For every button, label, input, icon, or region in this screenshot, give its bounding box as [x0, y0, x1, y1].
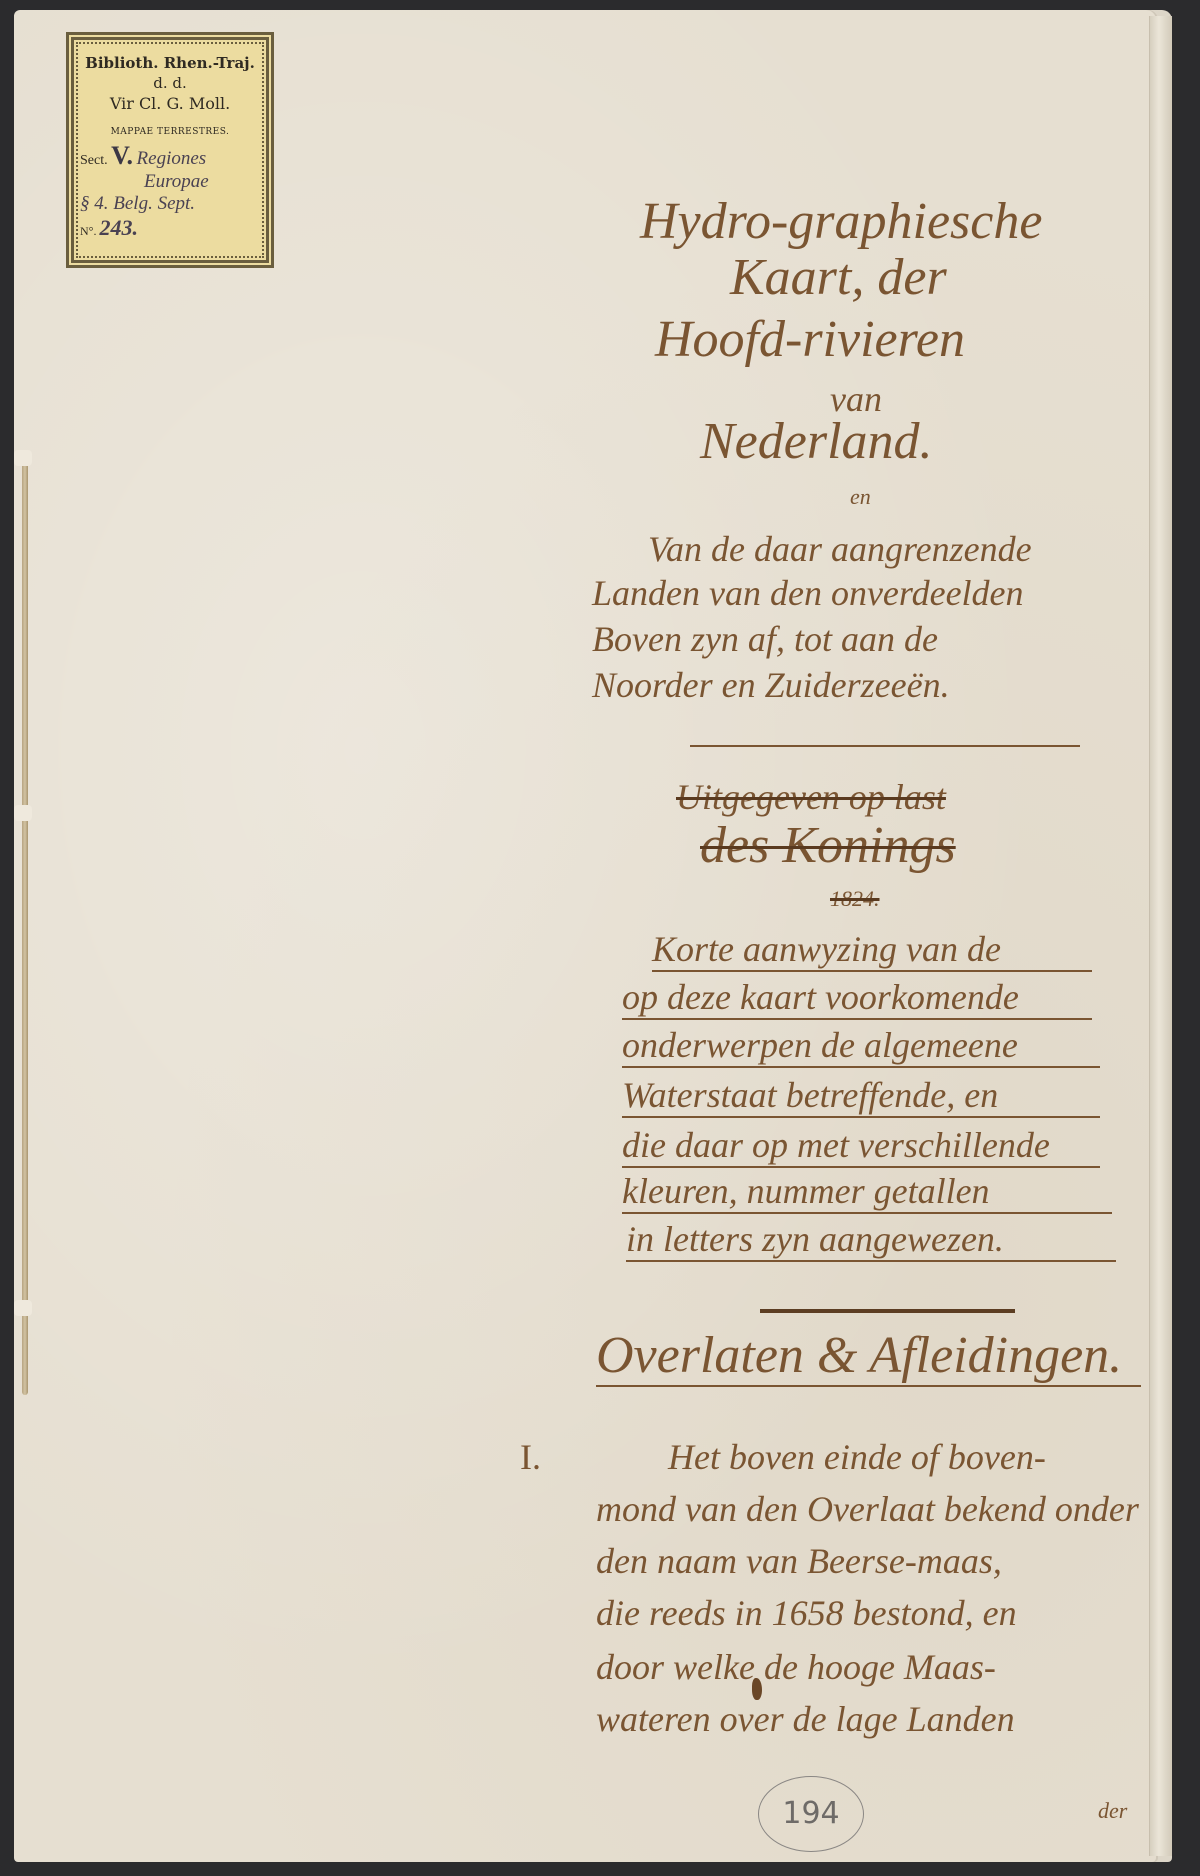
label-dd: d. d.: [74, 74, 266, 92]
title-line-2: Kaart, der: [730, 248, 947, 307]
binding-knot-middle: [14, 805, 32, 821]
ink-stain: [752, 1678, 762, 1700]
label-region: Europae: [74, 171, 266, 193]
label-collection: MAPPAE TERRESTRES.: [74, 127, 266, 137]
item-line-1: Het boven einde of boven-: [668, 1436, 1046, 1478]
catchword: der: [1098, 1798, 1127, 1824]
title-line-6: en: [850, 484, 871, 510]
intro-line-3: onderwerpen de algemeene: [622, 1024, 1100, 1068]
intro-line-7: in letters zyn aangewezen.: [626, 1218, 1116, 1262]
binding-knot-top: [14, 450, 32, 466]
title-line-7: Van de daar aangrenzende: [648, 528, 1032, 570]
item-line-2: mond van den Overlaat bekend onder: [596, 1488, 1139, 1530]
struck-line-1: Uitgegeven op last: [676, 776, 946, 818]
binding-string: [22, 455, 28, 1395]
divider-rule: [690, 745, 1080, 747]
section-rule: [760, 1309, 1015, 1313]
title-line-5: Nederland.: [700, 412, 933, 471]
item-line-6: wateren over de lage Landen: [596, 1698, 1015, 1740]
struck-line-2: des Konings: [700, 816, 956, 875]
intro-line-2: op deze kaart voorkomende: [622, 976, 1092, 1020]
title-line-10: Noorder en Zuiderzeeën.: [592, 664, 950, 706]
page-edge: [1149, 16, 1172, 1856]
label-number: N°. 243.: [74, 215, 266, 241]
struck-line-3: 1824.: [830, 886, 880, 912]
title-line-9: Boven zyn af, tot aan de: [592, 618, 938, 660]
label-donor: Vir Cl. G. Moll.: [74, 94, 266, 113]
intro-line-4: Waterstaat betreffende, en: [622, 1074, 1100, 1118]
label-library: Biblioth. Rhen.-Traj.: [74, 54, 266, 72]
label-subsection: § 4. Belg. Sept.: [74, 193, 266, 215]
folio-number: 194: [758, 1776, 864, 1852]
label-section: Sect. V. Regiones: [74, 141, 266, 171]
item-line-4: die reeds in 1658 bestond, en: [596, 1592, 1017, 1634]
item-numeral: I.: [520, 1436, 541, 1478]
section-heading: Overlaten & Afleidingen.: [596, 1326, 1141, 1387]
intro-line-1: Korte aanwyzing van de: [652, 928, 1092, 972]
binding-knot-bottom: [14, 1300, 32, 1316]
intro-line-5: die daar op met verschillende: [622, 1124, 1100, 1168]
item-line-3: den naam van Beerse-maas,: [596, 1540, 1002, 1582]
title-line-8: Landen van den onverdeelden: [592, 572, 1024, 614]
title-line-1: Hydro-graphiesche: [640, 192, 1042, 251]
library-label: Biblioth. Rhen.-Traj. d. d. Vir Cl. G. M…: [66, 32, 274, 268]
item-line-5: door welke de hooge Maas-: [596, 1646, 996, 1688]
title-line-3: Hoofd-rivieren: [655, 310, 965, 369]
intro-line-6: kleuren, nummer getallen: [622, 1170, 1112, 1214]
